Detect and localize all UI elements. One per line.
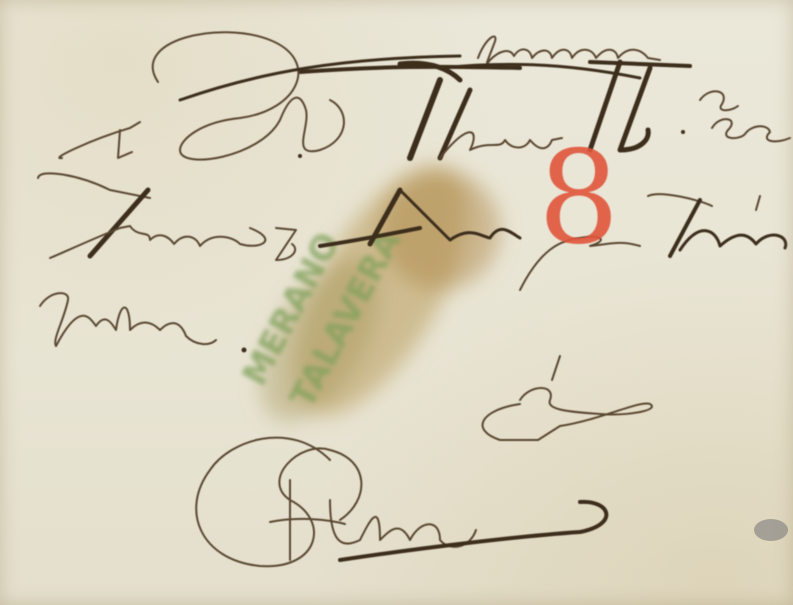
rate-mark: 8 [538, 124, 619, 273]
handwriting-layer: 8 [0, 0, 793, 605]
paper-spot [754, 519, 788, 541]
letter-cover: MERANO TALAVERA [0, 0, 793, 605]
